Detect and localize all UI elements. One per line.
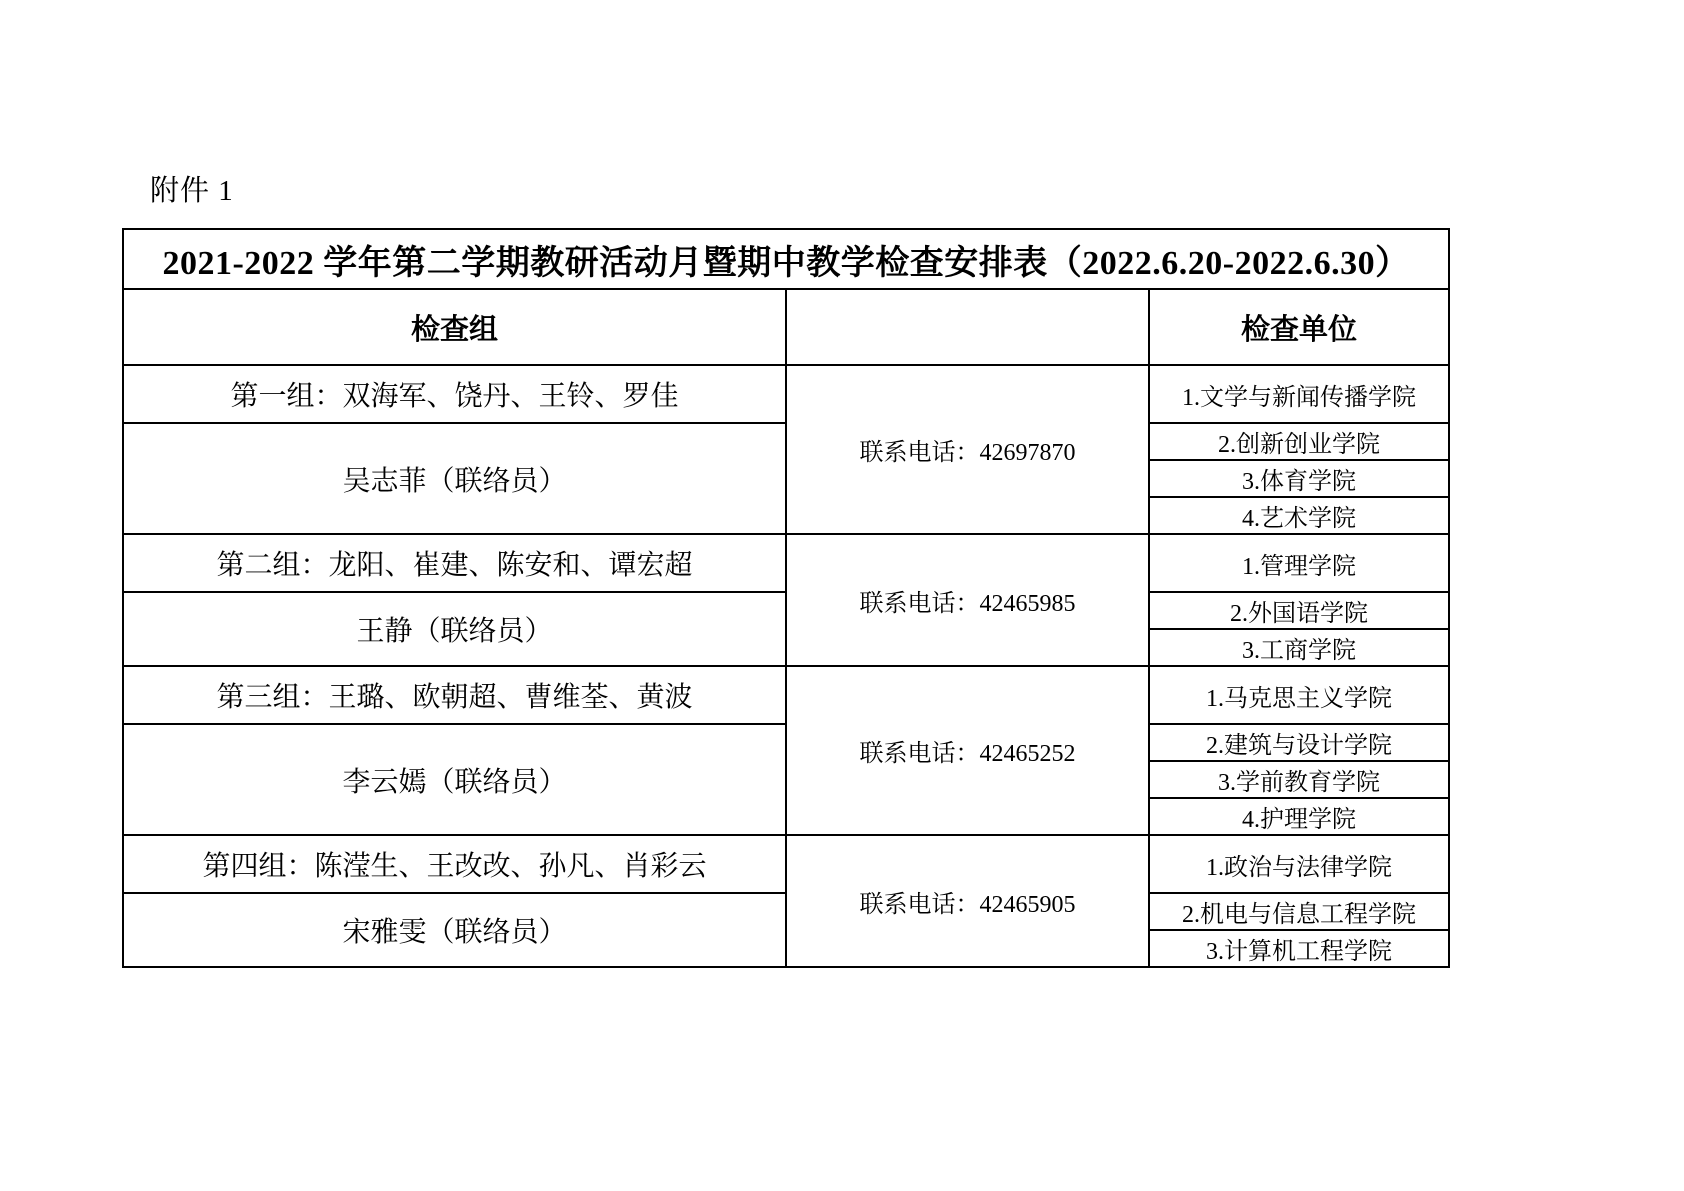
group1-unit-cell: 3.体育学院 xyxy=(1149,460,1449,497)
group1-unit-cell: 2.创新创业学院 xyxy=(1149,423,1449,460)
group2-unit-cell: 1.管理学院 xyxy=(1149,534,1449,592)
group4-liaison-cell: 宋雅雯（联络员） xyxy=(123,893,786,967)
group2-liaison-cell: 王静（联络员） xyxy=(123,592,786,666)
group3-members-cell: 第三组：王璐、欧朝超、曹维荃、黄波 xyxy=(123,666,786,724)
inspection-schedule-table: 2021-2022 学年第二学期教研活动月暨期中教学检查安排表（2022.6.2… xyxy=(122,228,1450,968)
group4-members-cell: 第四组：陈滢生、王改改、孙凡、肖彩云 xyxy=(123,835,786,893)
group3-liaison-cell: 李云嫣（联络员） xyxy=(123,724,786,835)
group1-phone-cell: 联系电话：42697870 xyxy=(786,365,1149,534)
group1-unit-cell: 1.文学与新闻传播学院 xyxy=(1149,365,1449,423)
table-title: 2021-2022 学年第二学期教研活动月暨期中教学检查安排表（2022.6.2… xyxy=(123,229,1449,289)
group4-unit-cell: 2.机电与信息工程学院 xyxy=(1149,893,1449,930)
group4-unit-cell: 1.政治与法律学院 xyxy=(1149,835,1449,893)
group4-unit-cell: 3.计算机工程学院 xyxy=(1149,930,1449,967)
group3-unit-cell: 1.马克思主义学院 xyxy=(1149,666,1449,724)
group2-phone-cell: 联系电话：42465985 xyxy=(786,534,1149,666)
group3-unit-cell: 3.学前教育学院 xyxy=(1149,761,1449,798)
group3-unit-cell: 2.建筑与设计学院 xyxy=(1149,724,1449,761)
column-header-group: 检查组 xyxy=(123,289,786,365)
attachment-label: 附件 1 xyxy=(150,168,234,209)
group3-unit-cell: 4.护理学院 xyxy=(1149,798,1449,835)
group2-members-cell: 第二组：龙阳、崔建、陈安和、谭宏超 xyxy=(123,534,786,592)
group2-unit-cell: 3.工商学院 xyxy=(1149,629,1449,666)
document-page: 附件 1 2021-2022 学年第二学期教研活动月暨期中教学检查安排表（202… xyxy=(0,0,1684,1191)
group2-unit-cell: 2.外国语学院 xyxy=(1149,592,1449,629)
group1-members-cell: 第一组：双海军、饶丹、王铃、罗佳 xyxy=(123,365,786,423)
group3-phone-cell: 联系电话：42465252 xyxy=(786,666,1149,835)
column-header-middle xyxy=(786,289,1149,365)
group4-phone-cell: 联系电话：42465905 xyxy=(786,835,1149,967)
group1-unit-cell: 4.艺术学院 xyxy=(1149,497,1449,534)
column-header-unit: 检查单位 xyxy=(1149,289,1449,365)
group1-liaison-cell: 吴志菲（联络员） xyxy=(123,423,786,534)
